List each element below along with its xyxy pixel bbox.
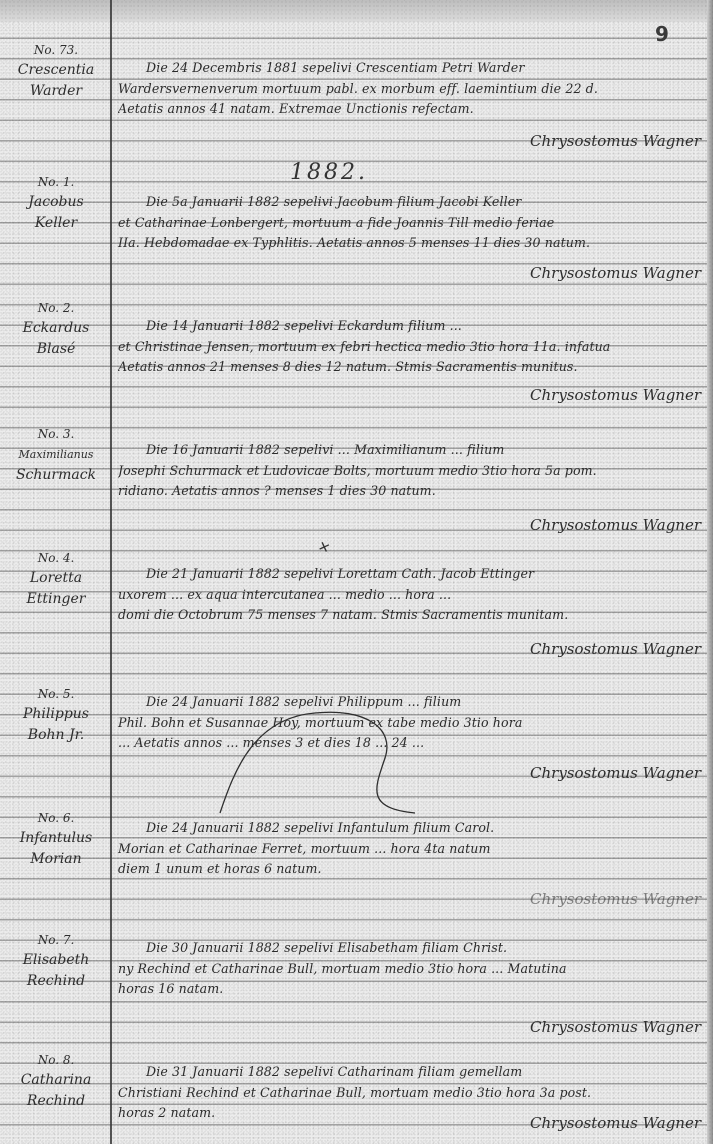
entry-line: domi die Octobrum 75 menses 7 natam. Stm… [118,605,706,626]
entry-margin: No. 3. Maximilianus Schurmack [4,424,108,486]
entry-line: IIa. Hebdomadae ex Typhlitis. Aetatis an… [118,233,706,254]
entry-number: No. 4. [4,548,108,568]
priest-signature: Chrysostomus Wagner [530,386,701,404]
entry-margin: No. 7. Elisabeth Rechind [4,930,108,992]
entry-text: Die 24 Januarii 1882 sepelivi Philippum … [118,692,706,754]
entry-given-name: Catharina [4,1070,108,1091]
priest-signature: Chrysostomus Wagner [530,264,701,282]
entry-margin: No. 1. Jacobus Keller [4,172,108,234]
entry-given-name: Philippus [4,704,108,725]
entry-text: Die 16 Januarii 1882 sepelivi ... Maximi… [118,440,706,502]
entry-line: horas 16 natam. [118,979,706,1000]
entry-line: et Catharinae Lonbergert, mortuum a fide… [118,213,706,234]
entry-given-name: Eckardus [4,318,108,339]
entry-surname: Keller [4,213,108,234]
entry-given-name: Jacobus [4,192,108,213]
entry-surname: Ettinger [4,589,108,610]
entry-line: Christiani Rechind et Catharinae Bull, m… [118,1083,706,1104]
entry-line: diem 1 unum et horas 6 natum. [118,859,706,880]
entry-line: Die 24 Decembris 1881 sepelivi Crescenti… [118,58,706,79]
entry-margin: No. 2. Eckardus Blasé [4,298,108,360]
entry-surname: Morian [4,849,108,870]
year-heading: 1882. [290,160,368,185]
entry-line: ny Rechind et Catharinae Bull, mortuam m… [118,959,706,980]
entry-line: et Christinae Jensen, mortuum ex febri h… [118,337,706,358]
page-number: 9 [655,22,669,46]
priest-signature: Chrysostomus Wagner [530,132,701,150]
entry-given-name: Infantulus [4,828,108,849]
entry-surname: Warder [4,81,108,102]
entry-surname: Rechind [4,1091,108,1112]
priest-signature: Chrysostomus Wagner [530,890,701,908]
entry-given-name: Crescentia [4,60,108,81]
entry-surname: Schurmack [4,465,108,486]
entry-given-name: Loretta [4,568,108,589]
register-page: 9 No. 73. Crescentia Warder Die 24 Decem… [0,0,713,1144]
entry-given-name: Elisabeth [4,950,108,971]
entry-number: No. 1. [4,172,108,192]
entry-number: No. 3. [4,424,108,444]
entry-number: No. 5. [4,684,108,704]
entry-line: Die 24 Januarii 1882 sepelivi Infantulum… [118,818,706,839]
entry-line: Die 14 Januarii 1882 sepelivi Eckardum f… [118,316,706,337]
priest-signature: Chrysostomus Wagner [530,764,701,782]
entry-number: No. 7. [4,930,108,950]
entry-margin: No. 5. Philippus Bohn Jr. [4,684,108,746]
entry-line: uxorem ... ex aqua intercutanea ... medi… [118,585,706,606]
entry-surname: Blasé [4,339,108,360]
entry-line: Morian et Catharinae Ferret, mortuum ...… [118,839,706,860]
entry-number: No. 6. [4,808,108,828]
margin-rule [110,0,112,1144]
entry-margin: No. 6. Infantulus Morian [4,808,108,870]
scan-right-edge [707,0,713,1144]
entry-line: Josephi Schurmack et Ludovicae Bolts, mo… [118,461,706,482]
priest-signature: Chrysostomus Wagner [530,516,701,534]
entry-text: Die 21 Januarii 1882 sepelivi Lorettam C… [118,564,706,626]
entry-number: No. 73. [4,40,108,60]
entry-given-name: Maximilianus [4,444,108,465]
entry-margin: No. 73. Crescentia Warder [4,40,108,102]
entry-margin: No. 4. Loretta Ettinger [4,548,108,610]
entry-text: Die 24 Januarii 1882 sepelivi Infantulum… [118,818,706,880]
entry-line: Wardersvernenverum mortuum pabl. ex morb… [118,79,706,100]
entry-text: Die 14 Januarii 1882 sepelivi Eckardum f… [118,316,706,378]
entry-text: Die 30 Januarii 1882 sepelivi Elisabetha… [118,938,706,1000]
entry-line: Die 24 Januarii 1882 sepelivi Philippum … [118,692,706,713]
entry-line: Aetatis annos 21 menses 8 dies 12 natum.… [118,357,706,378]
entry-surname: Bohn Jr. [4,725,108,746]
ink-mark: ✕ [316,538,332,557]
priest-signature: Chrysostomus Wagner [530,1114,701,1132]
entry-margin: No. 8. Catharina Rechind [4,1050,108,1112]
scan-top-edge [0,0,713,22]
entry-line: ridiano. Aetatis annos ? menses 1 dies 3… [118,481,706,502]
entry-number: No. 2. [4,298,108,318]
entry-text: Die 5a Januarii 1882 sepelivi Jacobum fi… [118,192,706,254]
entry-line: Die 5a Januarii 1882 sepelivi Jacobum fi… [118,192,706,213]
entry-line: Die 16 Januarii 1882 sepelivi ... Maximi… [118,440,706,461]
entry-text: Die 24 Decembris 1881 sepelivi Crescenti… [118,58,706,120]
entry-line: Die 30 Januarii 1882 sepelivi Elisabetha… [118,938,706,959]
priest-signature: Chrysostomus Wagner [530,1018,701,1036]
priest-signature: Chrysostomus Wagner [530,640,701,658]
entry-line: Aetatis annos 41 natam. Extremae Unction… [118,99,706,120]
entry-line: Die 31 Januarii 1882 sepelivi Catharinam… [118,1062,706,1083]
entry-number: No. 8. [4,1050,108,1070]
entry-surname: Rechind [4,971,108,992]
entry-line: Phil. Bohn et Susannae Hoy, mortuum ex t… [118,713,706,734]
entry-line: Die 21 Januarii 1882 sepelivi Lorettam C… [118,564,706,585]
entry-line: ... Aetatis annos ... menses 3 et dies 1… [118,733,706,754]
